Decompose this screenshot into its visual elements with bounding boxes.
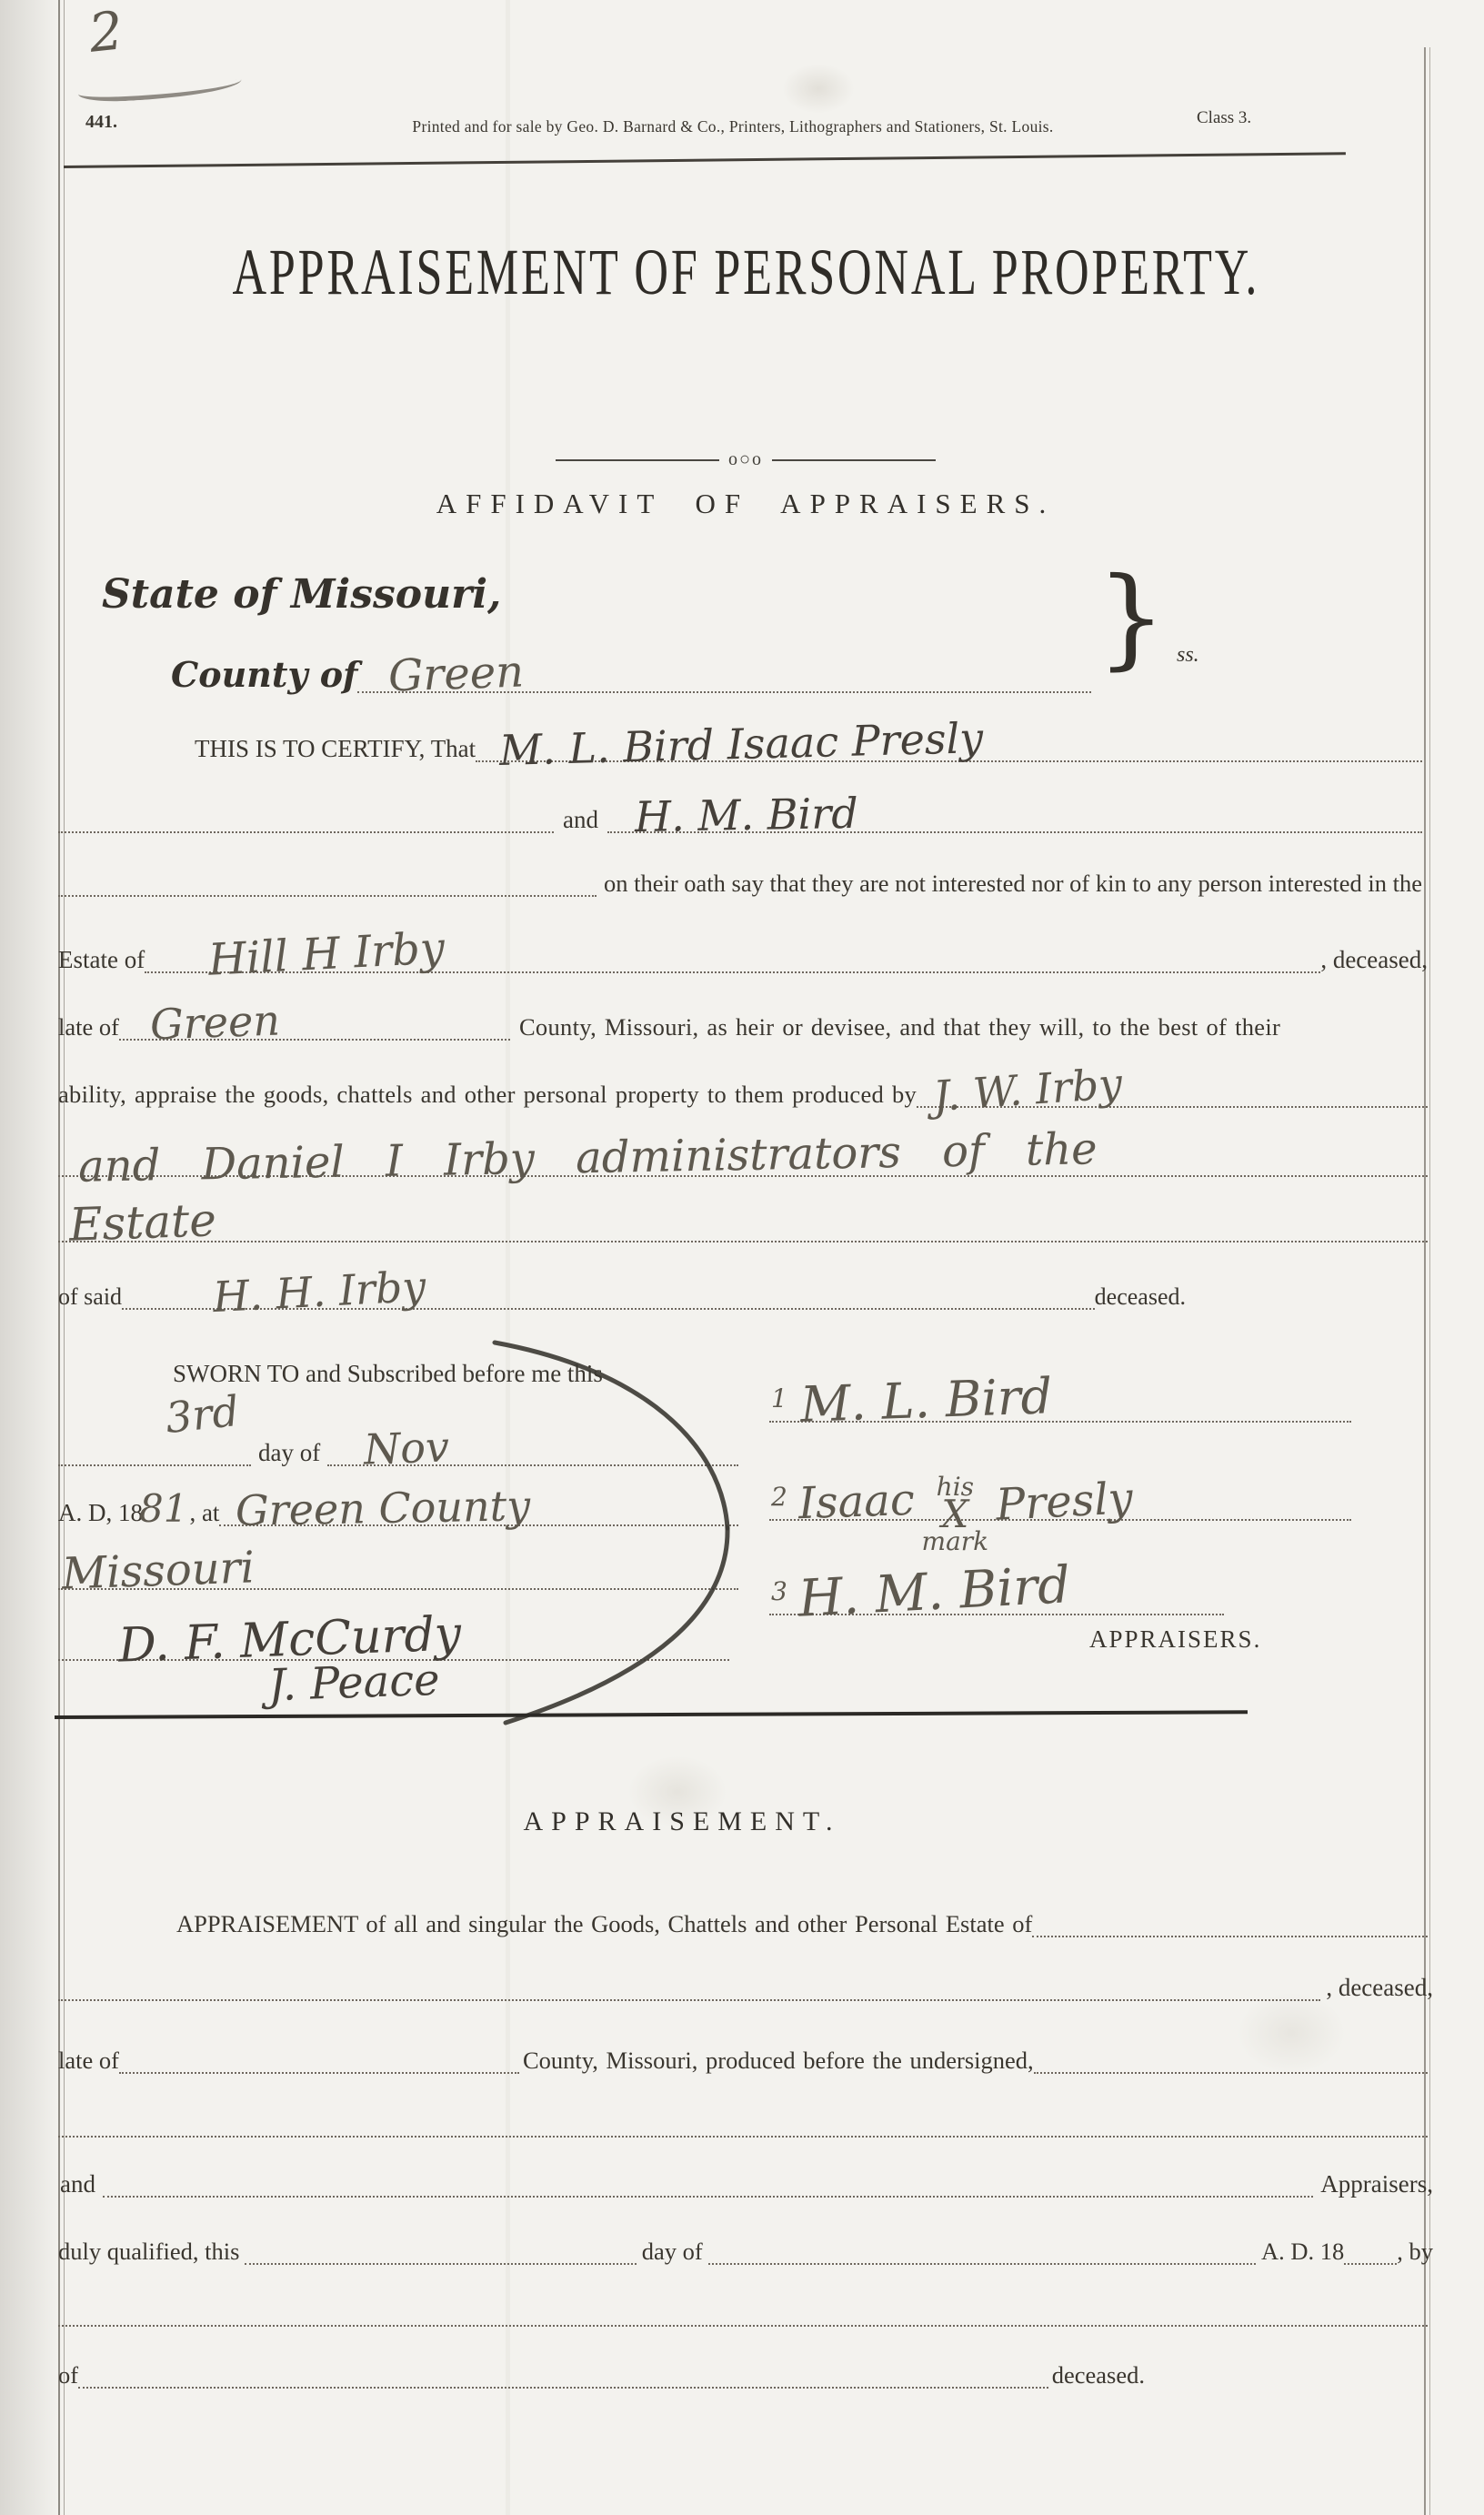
of-said-blank: H. H. Irby [122, 1271, 1095, 1310]
scanned-form-page: 2 441. Printed and for sale by Geo. D. B… [0, 0, 1484, 2515]
appraisement-intro-text: APPRAISEMENT of all and singular the Goo… [176, 1911, 1032, 1937]
blank-line [1032, 1936, 1428, 1937]
certify-row: THIS IS TO CERTIFY, That M. L. Bird Isaa… [195, 711, 1422, 762]
heir-devisee-text: County, Missouri, as heir or devisee, an… [519, 1014, 1280, 1041]
oath-text: on their oath say that they are not inte… [604, 870, 1422, 897]
his-mark-stack: his X mark [922, 1474, 989, 1550]
estate-word-blank: Estate [58, 1200, 1428, 1242]
estate-word-row: Estate [58, 1179, 1428, 1242]
administrators-row: and Daniel I Irby administrators of the [58, 1117, 1428, 1177]
divider-line [556, 459, 719, 461]
signature-number-1: 1 [771, 1386, 787, 1412]
county-of-label: County of [171, 656, 357, 693]
document-title-text: APPRAISEMENT OF PERSONAL PROPERTY. [232, 236, 1259, 310]
deceased-label: , deceased, [1320, 947, 1428, 973]
paper-stain [782, 64, 855, 114]
appraisement-deceased-label: , deceased, [1326, 1975, 1433, 2001]
missouri-handwritten: Missouri [61, 1545, 255, 1595]
blank-line [119, 2072, 519, 2074]
divider-ornament: o○o [728, 449, 763, 470]
names-blank-1: M. L. Bird Isaac Presly [476, 723, 1422, 762]
certify-label: THIS IS TO CERTIFY, That [195, 736, 476, 762]
signature-blank-1: 1 M. L. Bird [769, 1376, 1351, 1423]
county-blank: Green [357, 652, 1091, 693]
blank-line [58, 831, 554, 833]
appraisement-ad-label: A. D. 18 [1261, 2238, 1344, 2265]
blank-line [1344, 2263, 1397, 2265]
appraisement-and-label: and [60, 2171, 95, 2198]
appraisement-heading: APPRAISEMENT. [0, 1806, 1364, 1837]
appraisers-label: APPRAISERS. [1089, 1626, 1261, 1653]
header-rule [64, 152, 1346, 168]
appraisement-qualified-row: duly qualified, this day of A. D. 18 , b… [58, 2219, 1433, 2265]
pencil-underline-flourish [78, 79, 243, 103]
appraisement-and-row: and Appraisers, [60, 2152, 1433, 2198]
appraisement-produced-text: County, Missouri, produced before the un… [523, 2047, 1034, 2074]
empty-line-row [58, 2099, 1428, 2138]
blank-line [1034, 2072, 1428, 2074]
signature-number-3: 3 [771, 1579, 787, 1605]
affidavit-heading: AFFIDAVIT OF APPRAISERS. [64, 488, 1428, 520]
appraisement-day-of-label: day of [642, 2238, 703, 2265]
blank-line [58, 2136, 1428, 2138]
day-of-label: day of [258, 1440, 320, 1466]
appraiser-names-handwritten-2: H. M. Bird [635, 792, 858, 838]
officer-title-handwritten: J. Peace [267, 1658, 440, 1708]
and-names-row: and H. M. Bird [58, 780, 1422, 833]
signature-first-name-2: Isaac [797, 1478, 915, 1525]
of-said-row: of said H. H. Irby deceased. [58, 1257, 1186, 1310]
appraisement-deceased-end-label: deceased. [1052, 2362, 1145, 2389]
ornament-divider: o○o [64, 449, 1428, 470]
signature-blank-2: 2 Isaac his X mark Presly [769, 1474, 1351, 1521]
county-of-row: County of Green [171, 631, 1091, 693]
estate-word-handwritten: Estate [68, 1197, 216, 1248]
late-of-row: late of Green County, Missouri, as heir … [58, 990, 1428, 1041]
blank-line [58, 1464, 251, 1466]
signature-blank-3: 3 H. M. Bird [769, 1567, 1224, 1615]
ability-row: ability, appraise the goods, chattels an… [58, 1057, 1428, 1108]
appraisement-late-of-label: late of [58, 2047, 119, 2074]
qualified-label: duly qualified, this [58, 2238, 239, 2265]
state-of-line: State of Missouri, [102, 571, 501, 618]
signature-name-1: M. L. Bird [799, 1372, 1053, 1430]
names-blank-2: H. M. Bird [607, 794, 1422, 833]
appraisement-by-label: , by [1397, 2238, 1433, 2265]
blank-line [78, 2387, 1048, 2389]
blank-line [708, 2263, 1256, 2265]
blank-line [58, 895, 597, 897]
appraisement-of-row: of deceased. [58, 2339, 1145, 2389]
county-handwritten-value: Green [388, 649, 526, 698]
estate-of-row: Estate of Hill H Irby , deceased, [58, 920, 1428, 973]
document-title: APPRAISEMENT OF PERSONAL PROPERTY. [64, 244, 1428, 302]
oath-row: on their oath say that they are not inte… [58, 853, 1422, 897]
appraisement-appraisers-label: Appraisers, [1320, 2171, 1433, 2198]
appraisement-late-of-row: late of County, Missouri, produced befor… [58, 2028, 1428, 2074]
sworn-brace-icon [480, 1337, 753, 1728]
printer-imprint-line: Printed and for sale by Geo. D. Barnard … [200, 118, 1266, 136]
signature-row-1: 1 M. L. Bird [769, 1357, 1351, 1423]
right-edge-line [1424, 47, 1433, 2515]
signature-row-3: 3 H. M. Bird [769, 1548, 1224, 1615]
of-said-label: of said [58, 1284, 122, 1310]
late-of-blank: Green [119, 1001, 510, 1041]
estate-name-handwritten: Hill H Irby [207, 926, 446, 982]
signature-number-2: 2 [771, 1484, 787, 1510]
divider-line [772, 459, 936, 461]
empty-line-row [58, 2289, 1428, 2327]
class-label: Class 3. [1197, 109, 1251, 128]
ss-label: ss. [1177, 644, 1199, 668]
late-of-handwritten: Green [149, 1000, 280, 1046]
late-of-label: late of [58, 1014, 119, 1041]
appraisement-deceased-row: , deceased, [58, 1956, 1433, 2001]
ability-text: ability, appraise the goods, chattels an… [58, 1081, 917, 1108]
administrators-blank: and Daniel I Irby administrators of the [58, 1136, 1428, 1177]
form-number: 441. [85, 113, 117, 133]
signature-name-3: H. M. Bird [797, 1560, 1072, 1625]
deceased-end-label: deceased. [1095, 1284, 1186, 1310]
blank-line [58, 2325, 1428, 2327]
year-handwritten: 81 [139, 1490, 187, 1528]
pencil-page-number: 2 [86, 4, 125, 60]
and-label: and [563, 807, 598, 833]
appraisement-intro-row: APPRAISEMENT of all and singular the Goo… [58, 1892, 1428, 1937]
at-label: , at [189, 1500, 219, 1526]
appraiser-names-handwritten-1: M. L. Bird Isaac Presly [499, 717, 984, 771]
estate-name-blank: Hill H Irby [145, 932, 1320, 973]
estate-of-label: Estate of [58, 947, 145, 973]
blank-line [103, 2196, 1313, 2198]
ss-brace-icon: } [1097, 564, 1166, 673]
signature-last-name-2: Presly [995, 1476, 1134, 1527]
month-handwritten: Nov [363, 1425, 449, 1470]
appraisement-of-label: of [58, 2362, 78, 2389]
blank-line [58, 1999, 1320, 2001]
signature-row-2: 2 Isaac his X mark Presly [769, 1434, 1351, 1521]
blank-line [245, 2263, 636, 2265]
ad-label: A. D, 18 [58, 1500, 143, 1526]
produced-by-handwritten: J. W. Irby [932, 1062, 1124, 1117]
produced-by-blank: J. W. Irby [917, 1069, 1428, 1108]
of-said-handwritten: H. H. Irby [212, 1265, 426, 1318]
